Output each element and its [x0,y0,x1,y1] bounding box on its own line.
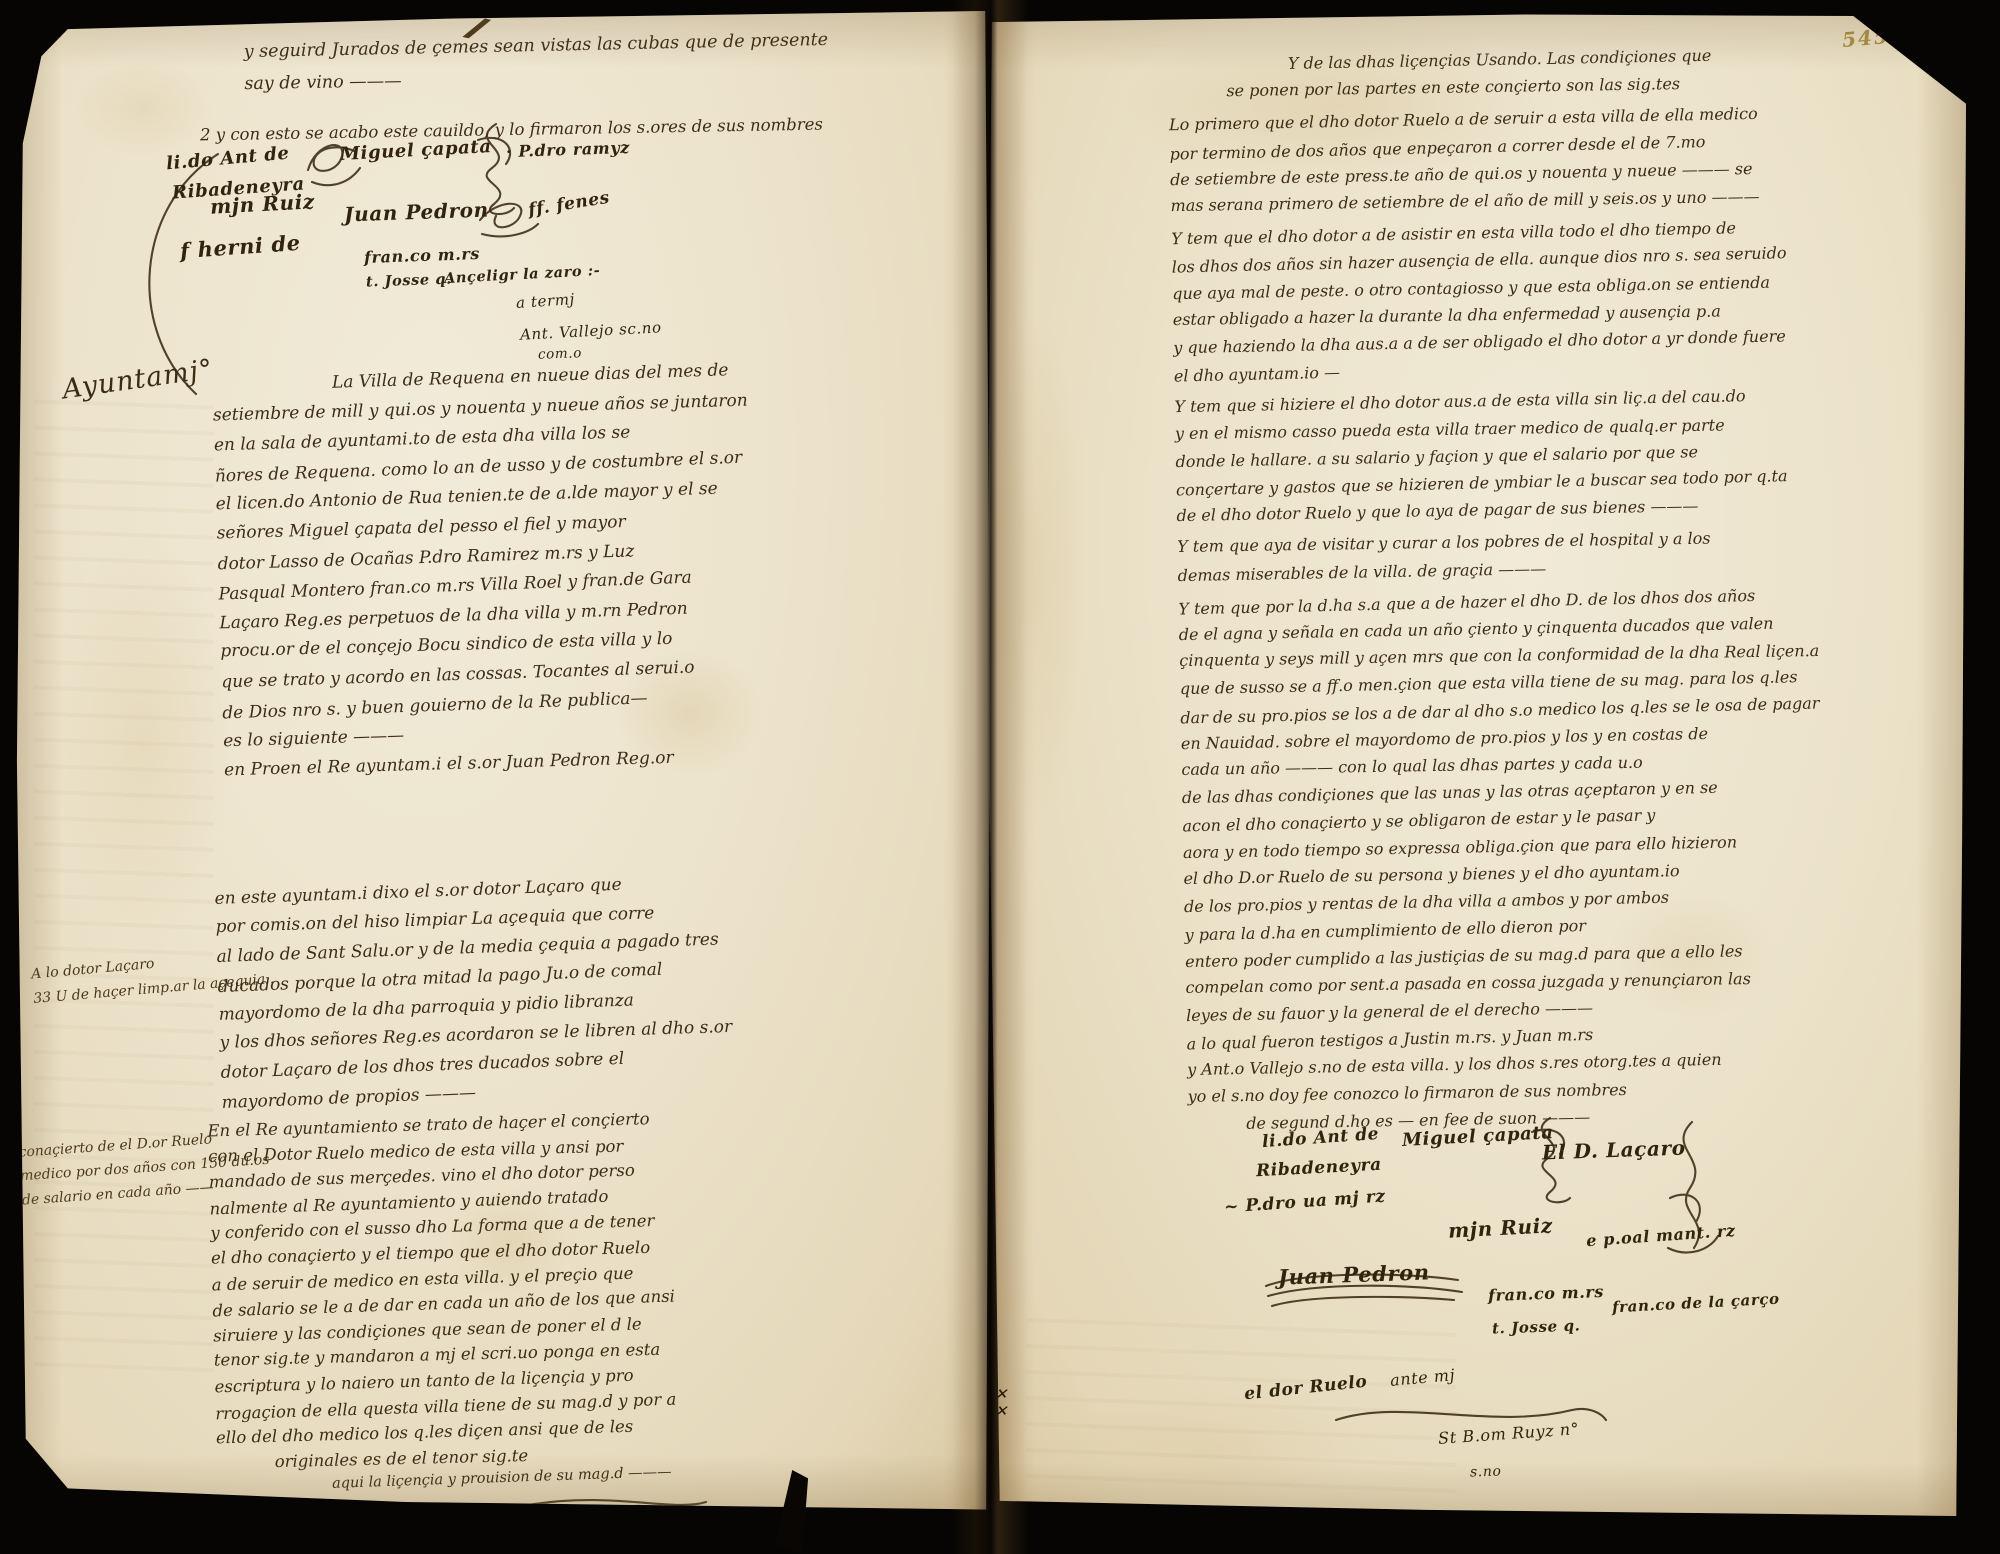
parchment-stain [986,310,1086,830]
scribe-title: s.no [1470,1463,1502,1480]
binding-stitch-marks: ✕ ✕ [992,1386,1010,1420]
signature: fran.co m.rs [1488,1282,1605,1305]
signature: Ribadeneyra [1256,1155,1383,1182]
signature: mjn Ruiz [1447,1213,1553,1242]
left-page: ⁄⁄⁄ y seguird Jurados de çemes sean vist… [14,8,992,1514]
parchment-stain [1046,1390,1366,1510]
signature: Juan Pedron [1278,1259,1430,1289]
signature: mjn Ruiz [209,189,315,218]
parchment-stain [54,528,234,948]
signature: t. Josse q. [1492,1316,1581,1337]
signature: ~ P.dro ua mj rz [1223,1186,1386,1217]
left-paragraph-council-meeting: La Villa de Requena en nueue dias del me… [212,356,760,787]
signature: fran.co m.rs [364,244,481,267]
left-header-lines: y seguird Jurados de çemes sean vistas l… [243,24,829,102]
folio-number: 545 [1841,24,1891,52]
signature: El D. Laçaro [1542,1136,1686,1165]
signature: fran.co de la çarço [1612,1290,1780,1317]
scribe-signature: Ant. Vallejo sc.no [520,318,662,343]
signature: Juan Pedron [344,197,489,226]
scribe-attestation: ante mj [1389,1365,1456,1390]
signature: · P.dro ramyz [506,138,630,161]
right-page-text: Y de las dhas liçençias Usando. Las cond… [1168,40,1829,1138]
ink-bleedthrough [34,388,214,1388]
scribe-attestation: a termj [515,290,575,312]
signature: t. Josse q. [366,271,452,291]
manuscript-scan: ⁄⁄⁄ y seguird Jurados de çemes sean vist… [0,0,2000,1554]
signature: Ançeligr la zaro :- [444,262,601,287]
underline-flourish [194,1494,714,1514]
left-paragraph-concierto: En el Re ayuntamiento se trato de haçer … [207,1106,680,1477]
left-paragraph-acequia: en este ayuntam.i dixo el s.or dotor Laç… [214,867,734,1117]
parchment-stain [74,58,214,158]
right-page: 545 Y de las dhas liçençias Usando. Las … [986,10,1966,1522]
